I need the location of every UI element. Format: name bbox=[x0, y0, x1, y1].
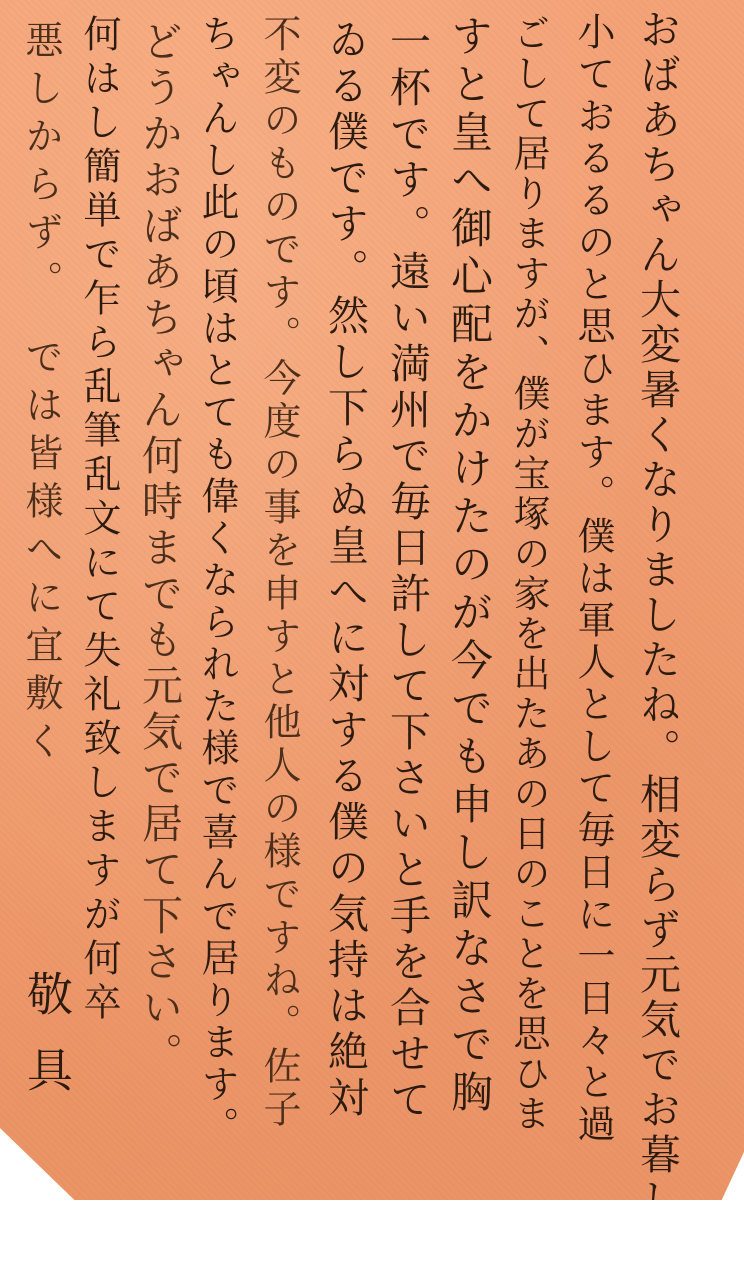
letter-column-3: ごして居りますが、僕が宝塚の家を出たあの日のことを思ひま bbox=[510, 14, 547, 1134]
letter-column-7: 不変のものです。今度の事を申すと他人の様ですね。佐子 bbox=[260, 14, 298, 1132]
letter-column-5: 一杯です。遠い満州で毎日許して下さいと手を合せて bbox=[386, 20, 427, 1124]
letter-column-9: どうかおばあちゃん何時までも元気で居て下さい。 bbox=[138, 20, 179, 1078]
letter-signature: 敬具 bbox=[14, 970, 80, 1122]
postcard-paper: おばあちゃん大変暑くなりましたね。相変らず元気でお暮し之 小ておるるのと思ひます… bbox=[0, 0, 744, 1200]
letter-column-11: 悪しからず。 では皆様へに宜敷く bbox=[22, 20, 60, 769]
letter-column-6: ゐる僕です。然し下らぬ皇へに対する僕の気持は絶対 bbox=[324, 18, 365, 1122]
letter-body: おばあちゃん大変暑くなりましたね。相変らず元気でお暮し之 小ておるるのと思ひます… bbox=[0, 0, 744, 1200]
letter-column-8: ちゃんし此の頃はとても偉くなられた様で喜んで居ります。 bbox=[198, 14, 236, 1148]
letter-column-10: 何はし簡単で乍ら乱筆乱文にて失礼致しますが何卒 bbox=[80, 14, 118, 1026]
letter-column-2: 小ておるるのと思ひます。僕は軍人として毎日に一日々と過 bbox=[574, 12, 612, 1146]
letter-column-1: おばあちゃん大変暑くなりましたね。相変らず元気でお暮し之 bbox=[636, 8, 677, 1200]
letter-column-4: すと皇へ御心配をかけたのが今でも申し訳なさで胸 bbox=[448, 14, 490, 1118]
